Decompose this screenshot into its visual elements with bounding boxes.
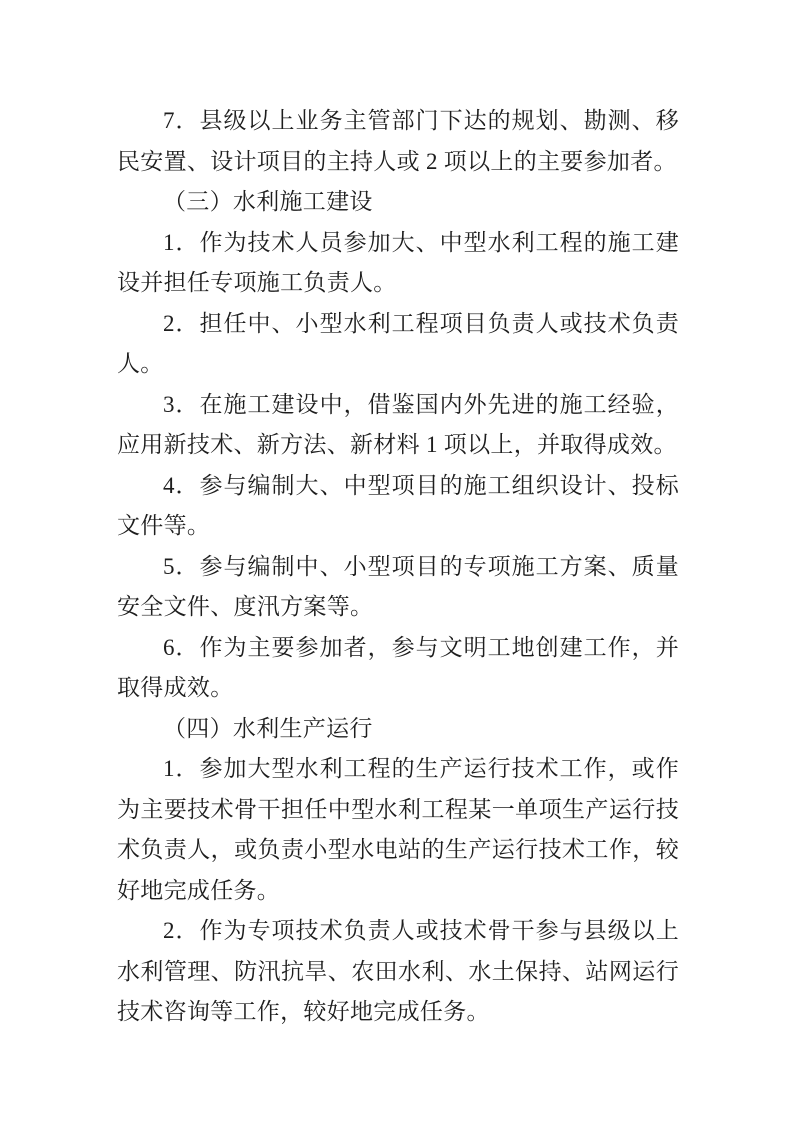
paragraph-run-2: 2．作为专项技术负责人或技术骨干参与县级以上水利管理、防汛抗旱、农田水利、水土保… xyxy=(117,911,679,1033)
section-heading-3: （三）水利施工建设 xyxy=(117,182,679,223)
paragraph-item-3: 3．在施工建设中，借鉴国内外先进的施工经验，应用新技术、新方法、新材料 1 项以… xyxy=(117,385,679,466)
paragraph-run-1: 1．参加大型水利工程的生产运行技术工作，或作为主要技术骨干担任中型水利工程某一单… xyxy=(117,749,679,911)
document-page: 7．县级以上业务主管部门下达的规划、勘测、移民安置、设计项目的主持人或 2 项以… xyxy=(0,0,793,1122)
text-block: 7．县级以上业务主管部门下达的规划、勘测、移民安置、设计项目的主持人或 2 项以… xyxy=(117,101,679,1033)
paragraph-item-7: 7．县级以上业务主管部门下达的规划、勘测、移民安置、设计项目的主持人或 2 项以… xyxy=(117,101,679,182)
paragraph-item-5: 5．参与编制中、小型项目的专项施工方案、质量安全文件、度汛方案等。 xyxy=(117,547,679,628)
paragraph-item-6: 6．作为主要参加者，参与文明工地创建工作，并取得成效。 xyxy=(117,628,679,709)
paragraph-item-4: 4．参与编制大、中型项目的施工组织设计、投标文件等。 xyxy=(117,466,679,547)
section-heading-4: （四）水利生产运行 xyxy=(117,709,679,750)
paragraph-item-2: 2．担任中、小型水利工程项目负责人或技术负责人。 xyxy=(117,304,679,385)
paragraph-item-1: 1．作为技术人员参加大、中型水利工程的施工建设并担任专项施工负责人。 xyxy=(117,223,679,304)
